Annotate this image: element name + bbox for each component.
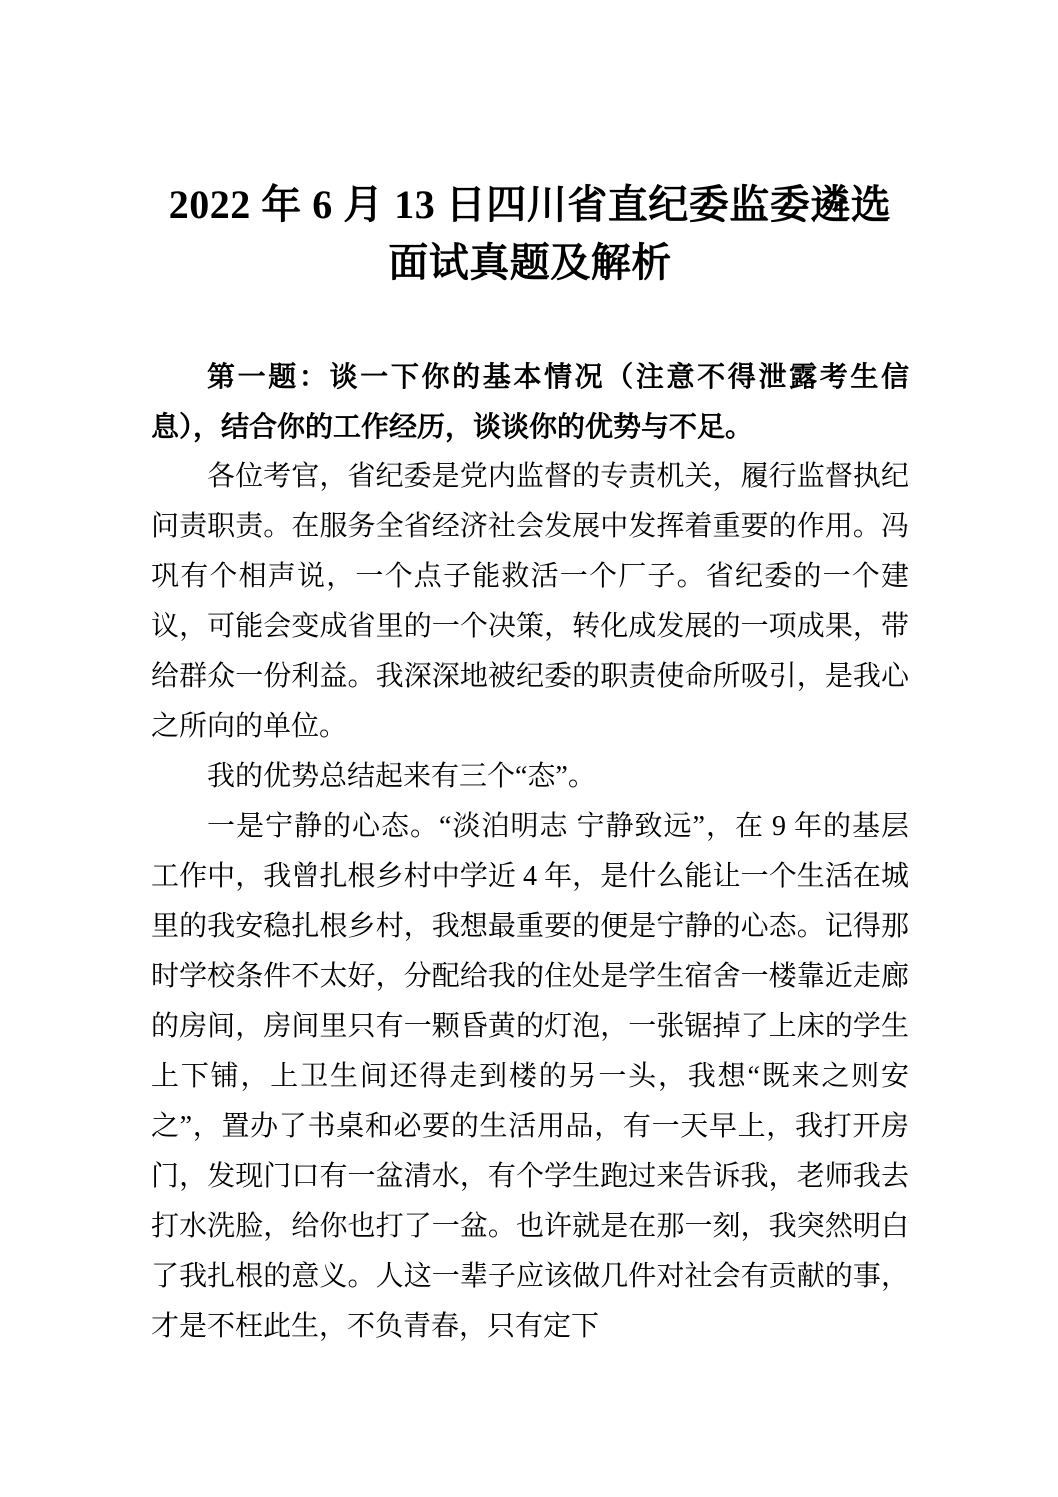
document-content: 2022 年 6 月 13 日四川省直纪委监委遴选面试真题及解析 第一题：谈一下… bbox=[151, 0, 909, 1352]
body-paragraph-3: 一是宁静的心态。“淡泊明志 宁静致远”，在 9 年的基层工作中，我曾扎根乡村中学… bbox=[151, 802, 909, 1352]
body-paragraph-2: 我的优势总结起来有三个“态”。 bbox=[151, 752, 909, 802]
document-title: 2022 年 6 月 13 日四川省直纪委监委遴选面试真题及解析 bbox=[151, 176, 909, 292]
document-page: 2022 年 6 月 13 日四川省直纪委监委遴选面试真题及解析 第一题：谈一下… bbox=[0, 0, 1058, 1497]
question-paragraph: 第一题：谈一下你的基本情况（注意不得泄露考生信息），结合你的工作经历，谈谈你的优… bbox=[151, 352, 909, 452]
body-paragraph-1: 各位考官，省纪委是党内监督的专责机关，履行监督执纪问责职责。在服务全省经济社会发… bbox=[151, 452, 909, 752]
